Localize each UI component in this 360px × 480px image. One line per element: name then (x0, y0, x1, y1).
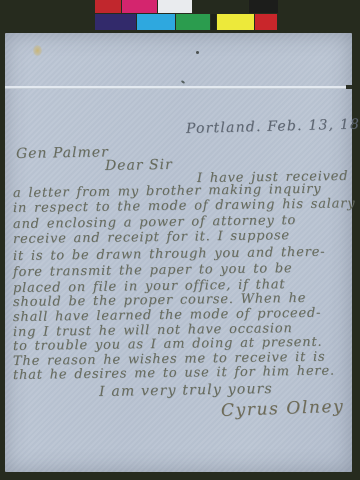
color-bar-row-top (95, 0, 278, 13)
ink-speck (196, 51, 199, 54)
color-calibration-bar (95, 0, 278, 30)
color-patch (95, 0, 121, 13)
closing-line: I am very truly yours (99, 381, 273, 400)
color-patch (95, 14, 136, 30)
color-patch (193, 0, 248, 13)
color-patch (122, 0, 157, 13)
edge-mark (346, 85, 352, 89)
color-patch (176, 14, 210, 30)
color-patch (217, 14, 254, 30)
color-bar-row-bottom (95, 14, 278, 30)
paper-stain (33, 45, 42, 56)
scanned-letter-page: Portland. Feb. 13, 1855. Gen Palmer Dear… (0, 0, 360, 480)
color-patch (158, 0, 192, 13)
color-patch (255, 14, 277, 30)
salutation-line: Dear Sir (105, 157, 173, 174)
color-patch (249, 0, 278, 13)
recipient-line: Gen Palmer (16, 144, 109, 162)
color-patch (211, 14, 216, 30)
fold-crease (5, 86, 352, 89)
color-patch (137, 14, 175, 30)
